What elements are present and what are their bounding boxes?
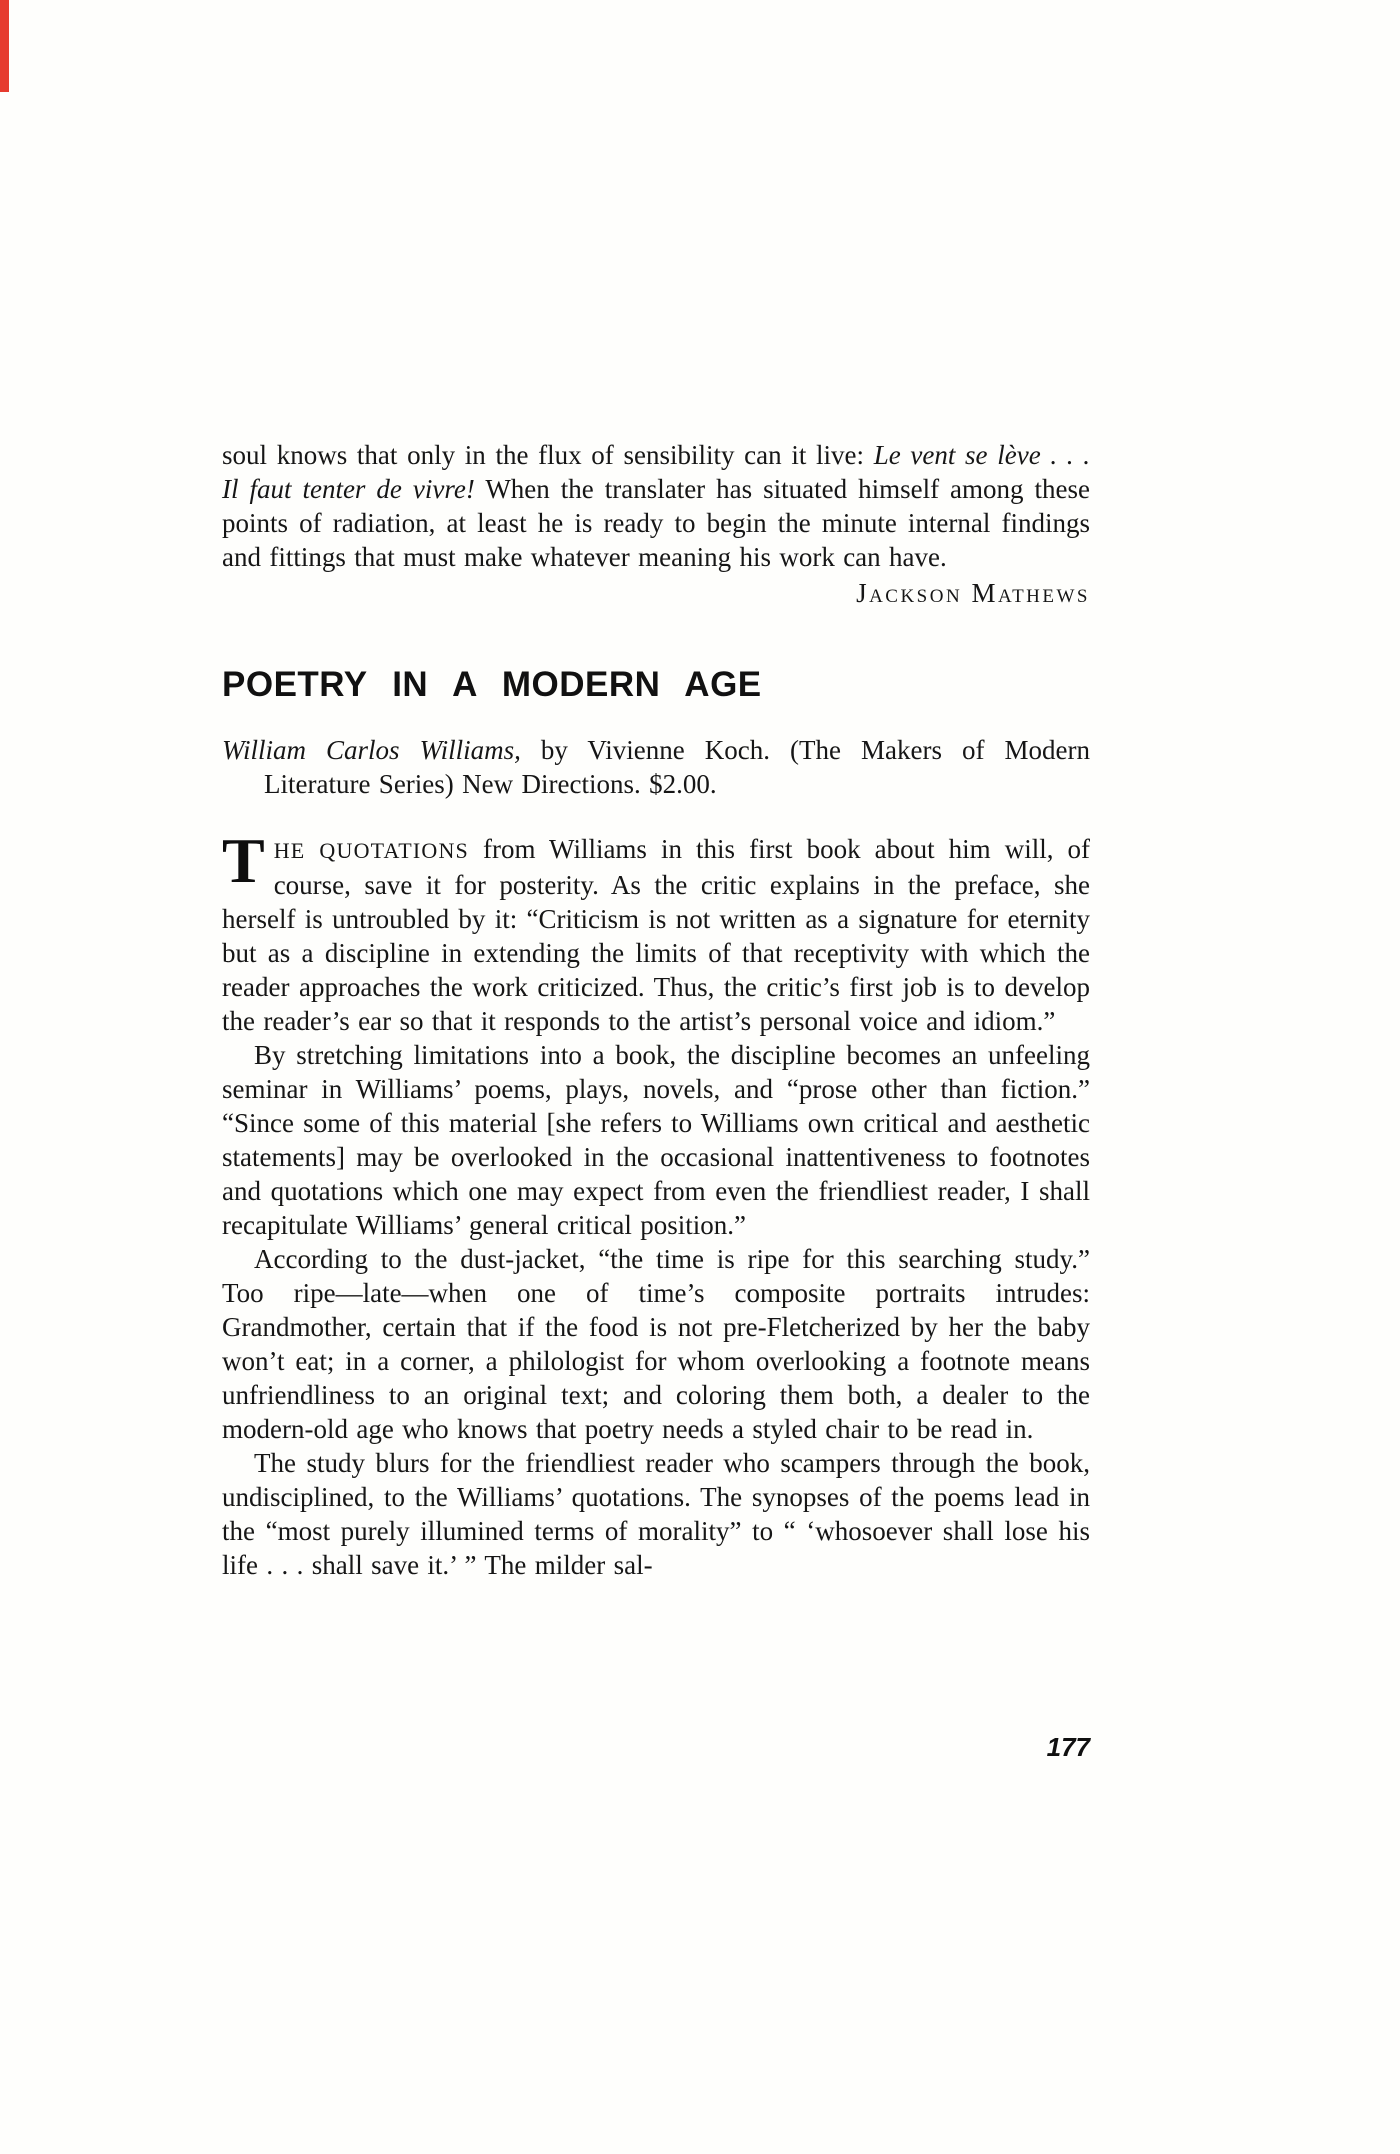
page-number: 177 [222, 1732, 1090, 1763]
book-citation: William Carlos Williams, by Vivienne Koc… [222, 733, 1090, 801]
continued-paragraph-start: soul knows that only in the flux of sens… [222, 440, 874, 470]
opening-paragraph-text: from Williams in this first book about h… [222, 834, 1090, 1036]
dropcap-letter: T [222, 835, 265, 887]
review-heading: POETRY IN A MODERN AGE [222, 666, 1090, 704]
body-paragraph: According to the dust-jacket, “the time … [222, 1242, 1090, 1446]
body-paragraph: The study blurs for the friendliest read… [222, 1446, 1090, 1582]
scan-edge-mark [0, 0, 9, 92]
opening-small-caps: HE QUOTATIONS [274, 838, 469, 863]
scanned-book-page: soul knows that only in the flux of sens… [0, 0, 1400, 2154]
book-title: William Carlos Williams, [222, 735, 521, 765]
text-block: soul knows that only in the flux of sens… [222, 438, 1090, 1582]
reviewer-byline: Jackson Mathews [222, 576, 1090, 610]
body-paragraph: By stretching limitations into a book, t… [222, 1038, 1090, 1242]
review-body: THE QUOTATIONS from Williams in this fir… [222, 832, 1090, 1582]
opening-paragraph: THE QUOTATIONS from Williams in this fir… [222, 832, 1090, 1038]
continued-paragraph: soul knows that only in the flux of sens… [222, 438, 1090, 574]
